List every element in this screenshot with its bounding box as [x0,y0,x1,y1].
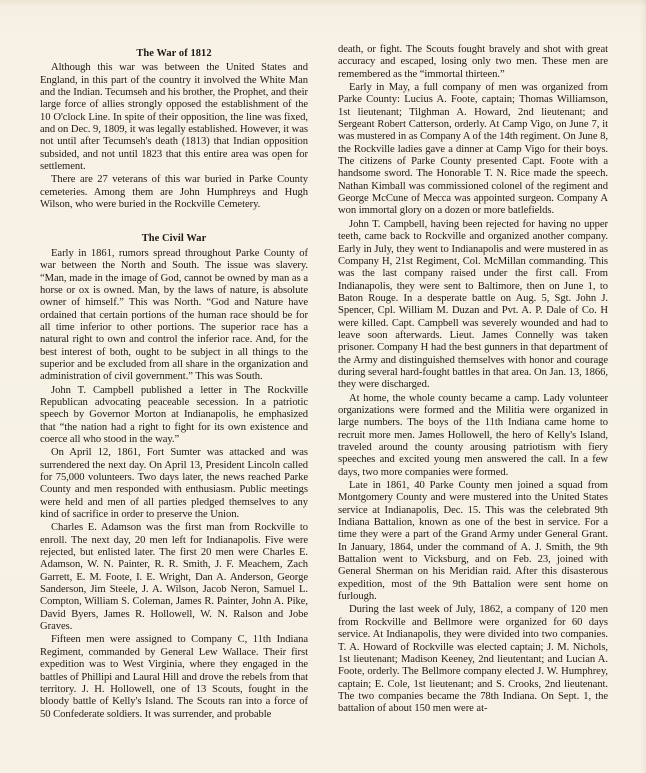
paragraph: Early in 1861, rumors spread throughout … [40,248,308,384]
paragraph: Fifteen men were assigned to Company C, … [40,634,308,720]
paragraph: During the last week of July, 1862, a co… [338,604,608,715]
paragraph: On April 12, 1861, Fort Sumter was attac… [40,447,308,521]
scanned-page: The War of 1812 Although this war was be… [0,0,646,773]
paragraph: Late in 1861, 40 Parke County men joined… [338,480,608,603]
paragraph: There are 27 veterans of this war buried… [40,174,308,211]
section-heading-civil-war: The Civil War [40,233,308,245]
paragraph-continuation: death, or fight. The Scouts fought brave… [338,44,608,81]
section-heading-war-of-1812: The War of 1812 [40,48,308,60]
paragraph: John T. Campbell published a letter in T… [40,385,308,447]
paragraph: At home, the whole county became a camp.… [338,393,608,479]
paragraph: Although this war was between the United… [40,62,308,173]
left-column: The War of 1812 Although this war was be… [40,48,308,722]
paragraph: Charles E. Adamson was the first man fro… [40,522,308,633]
paragraph: Early in May, a full company of men was … [338,82,608,218]
right-column: death, or fight. The Scouts fought brave… [338,44,608,717]
paragraph: John T. Campbell, having been rejected f… [338,219,608,392]
